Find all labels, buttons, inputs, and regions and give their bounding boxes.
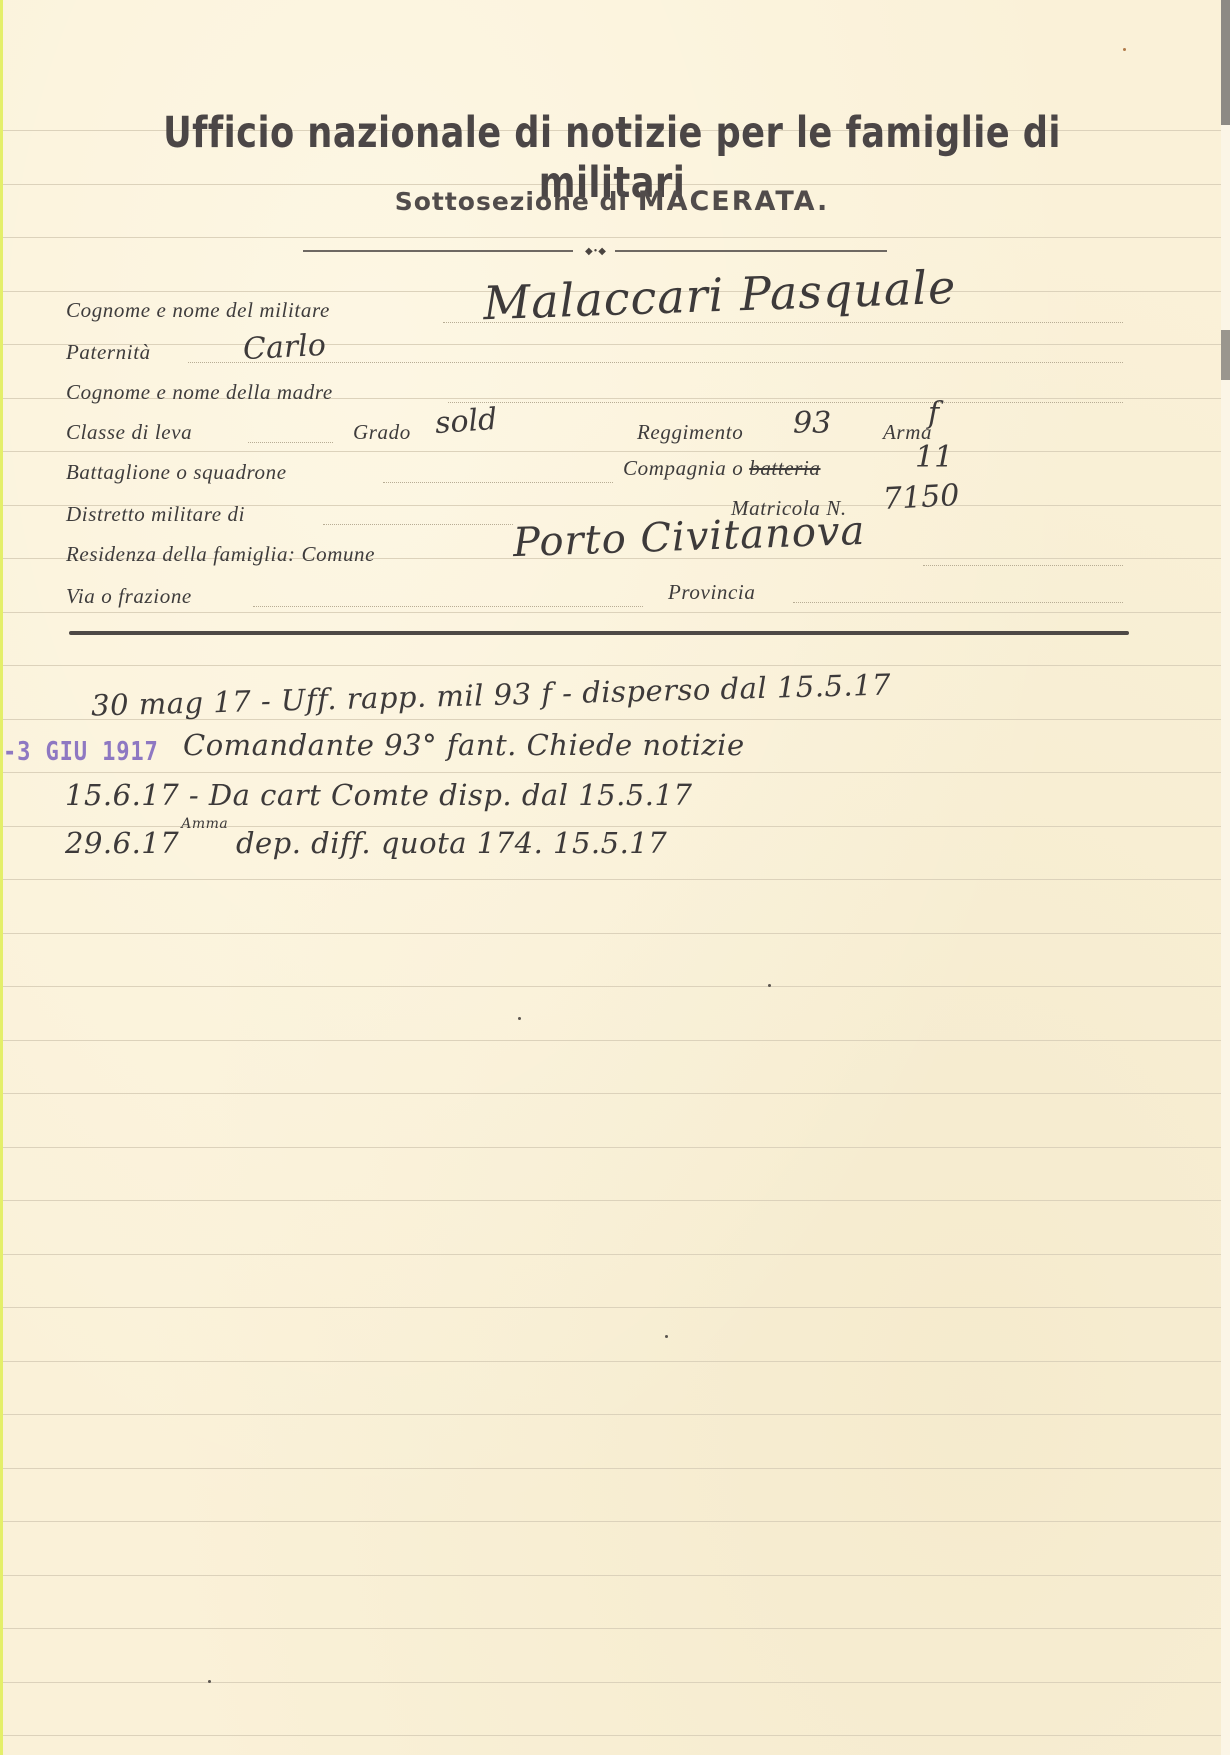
label-class: Classe di leva [66,420,192,445]
ruled-line [3,612,1221,613]
field-line-residence [923,565,1123,566]
value-grade: sold [434,402,499,441]
value-paternity: Carlo [242,328,327,367]
note-line-4-date: 29.6.17 [65,826,179,860]
note-line-4-text: dep. diff. quota 174. 15.5.17 [236,826,667,860]
scan-shadow [1221,0,1230,125]
ruled-line [3,1468,1221,1469]
label-battery-struck: batteria [749,456,820,480]
ruled-line [3,879,1221,880]
label-mother: Cognome e nome della madre [66,380,333,405]
paper-speck [518,1017,521,1020]
ruled-line [3,1414,1221,1415]
paper-speck [768,984,771,987]
ruled-line [3,1735,1221,1736]
ruled-line [3,665,1221,666]
note-line-1: 30 mag 17 - Uff. rapp. mil 93 f - disper… [91,668,892,723]
field-line-district [323,524,513,525]
field-line-street [253,606,643,607]
note-line-3: 15.6.17 - Da cart Comte disp. dal 15.5.1… [65,778,692,812]
document-page: Ufficio nazionale di notizie per le fami… [3,0,1221,1755]
field-line-class [248,442,333,443]
ornament-dots: ◆•◆ [585,246,607,257]
label-regiment: Reggimento [637,420,743,445]
label-battalion: Battaglione o squadrone [66,460,287,485]
subsection-prefix: Sottosezione di [395,187,638,216]
ornament-line-right [615,250,887,252]
label-soldier-name: Cognome e nome del militare [66,298,330,323]
scan-shadow [1221,330,1230,380]
ruled-line [3,1575,1221,1576]
label-paternity: Paternità [66,340,151,365]
label-province: Provincia [668,580,755,605]
ruled-line [3,1254,1221,1255]
field-line-province [793,602,1123,603]
scan-right-edge [1221,0,1230,1755]
date-stamp: -3 GIU 1917 [3,737,159,767]
ruled-line [3,1040,1221,1041]
value-soldier-name: Malaccari Pasquale [482,260,957,330]
note-line-4-superscript: Amma [181,816,228,832]
subsection-city: MACERATA. [638,186,830,217]
label-company-text: Compagnia o [623,456,743,480]
ruled-line [3,1200,1221,1201]
label-street: Via o frazione [66,584,192,609]
ruled-line [3,986,1221,987]
paper-speck [1123,48,1126,51]
ruled-line [3,1682,1221,1683]
value-company: 11 [915,440,953,475]
ruled-line [3,933,1221,934]
field-line-battalion [383,482,613,483]
ruled-line [3,451,1221,452]
label-residence: Residenza della famiglia: Comune [66,542,375,567]
ruled-line [3,1628,1221,1629]
ruled-line [3,1521,1221,1522]
ruled-line [3,1147,1221,1148]
value-regiment: 93 [793,406,831,441]
label-district: Distretto militare di [66,502,245,527]
section-divider [69,631,1129,635]
ruled-line [3,1307,1221,1308]
ornament-line-left [303,250,573,252]
value-arm: f [928,396,939,431]
label-company: Compagnia o batteria [623,456,821,481]
ruled-line [3,344,1221,345]
field-line-mother [448,402,1123,403]
note-line-4: 29.6.17Amma dep. diff. quota 174. 15.5.1… [65,826,667,860]
paper-speck [665,1335,668,1338]
note-line-2: Comandante 93° fant. Chiede notizie [183,728,745,762]
subsection-title: Sottosezione di MACERATA. [3,186,1221,217]
ruled-line [3,1361,1221,1362]
field-line-name [443,322,1123,323]
value-serial: 7150 [882,478,960,517]
label-grade: Grado [353,420,411,445]
paper-speck [208,1680,211,1683]
ruled-line [3,1093,1221,1094]
ruled-line [3,237,1221,238]
ruled-line [3,772,1221,773]
field-line-paternity [188,362,1123,363]
